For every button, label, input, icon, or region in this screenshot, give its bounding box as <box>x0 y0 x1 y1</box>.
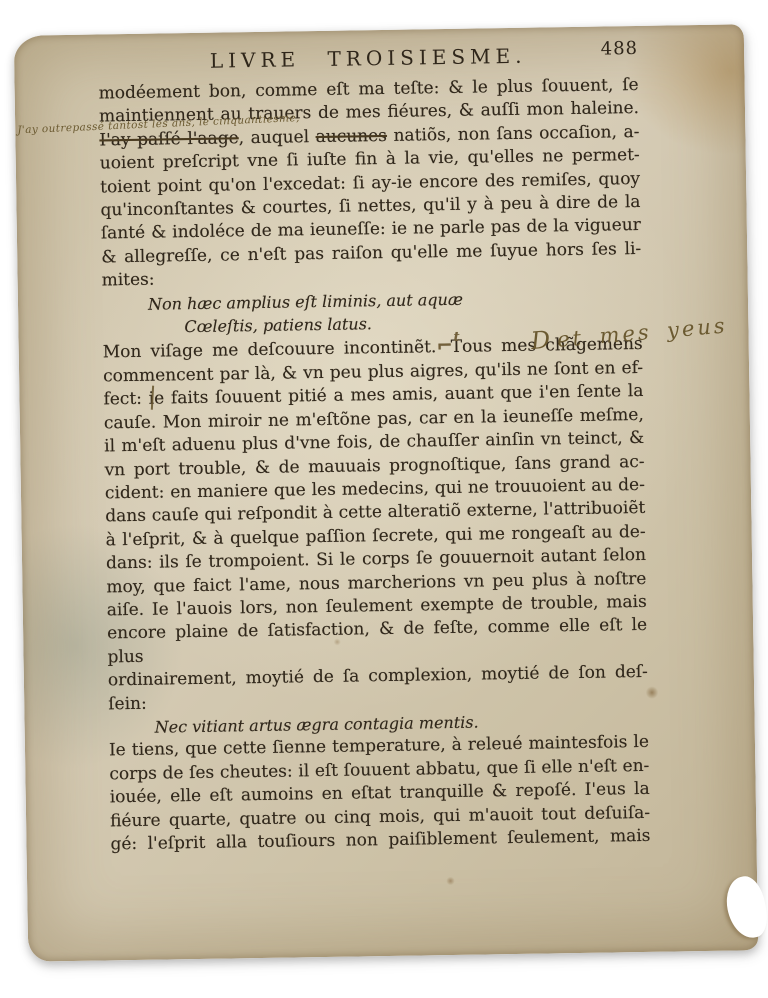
page-header: LIVRE TROISIESME. 488 <box>98 42 638 78</box>
scan-background: LIVRE TROISIESME. 488 modéement bon, com… <box>0 0 768 998</box>
ink-stroke-mark <box>151 386 154 410</box>
running-title: LIVRE TROISIESME. <box>210 44 527 73</box>
book-page: LIVRE TROISIESME. 488 modéement bon, com… <box>14 24 758 961</box>
insertion-mark: D <box>530 325 555 355</box>
text-segment: Mon viſage me deſcouure incontinẽt. <box>103 338 437 363</box>
text-line: encore plaine de ſatisfaction, & de feſt… <box>107 614 648 669</box>
handwritten-mark: ⌐ <box>436 334 451 357</box>
handwritten-letter-overlay: t <box>453 326 459 349</box>
torn-edge <box>722 873 768 941</box>
text-segment: natiõs, non ſans occaſion, a- <box>387 122 640 146</box>
text-segment: Tt <box>451 337 463 357</box>
text-segment: fect: <box>103 389 149 410</box>
text-segment: aucunes <box>316 126 388 147</box>
text-segment: , auquel <box>239 127 316 148</box>
body-text: modéement bon, comme eſt ma teſte: & le … <box>99 74 651 857</box>
page-number: 488 <box>601 38 639 60</box>
text-segment: ie <box>149 389 165 409</box>
